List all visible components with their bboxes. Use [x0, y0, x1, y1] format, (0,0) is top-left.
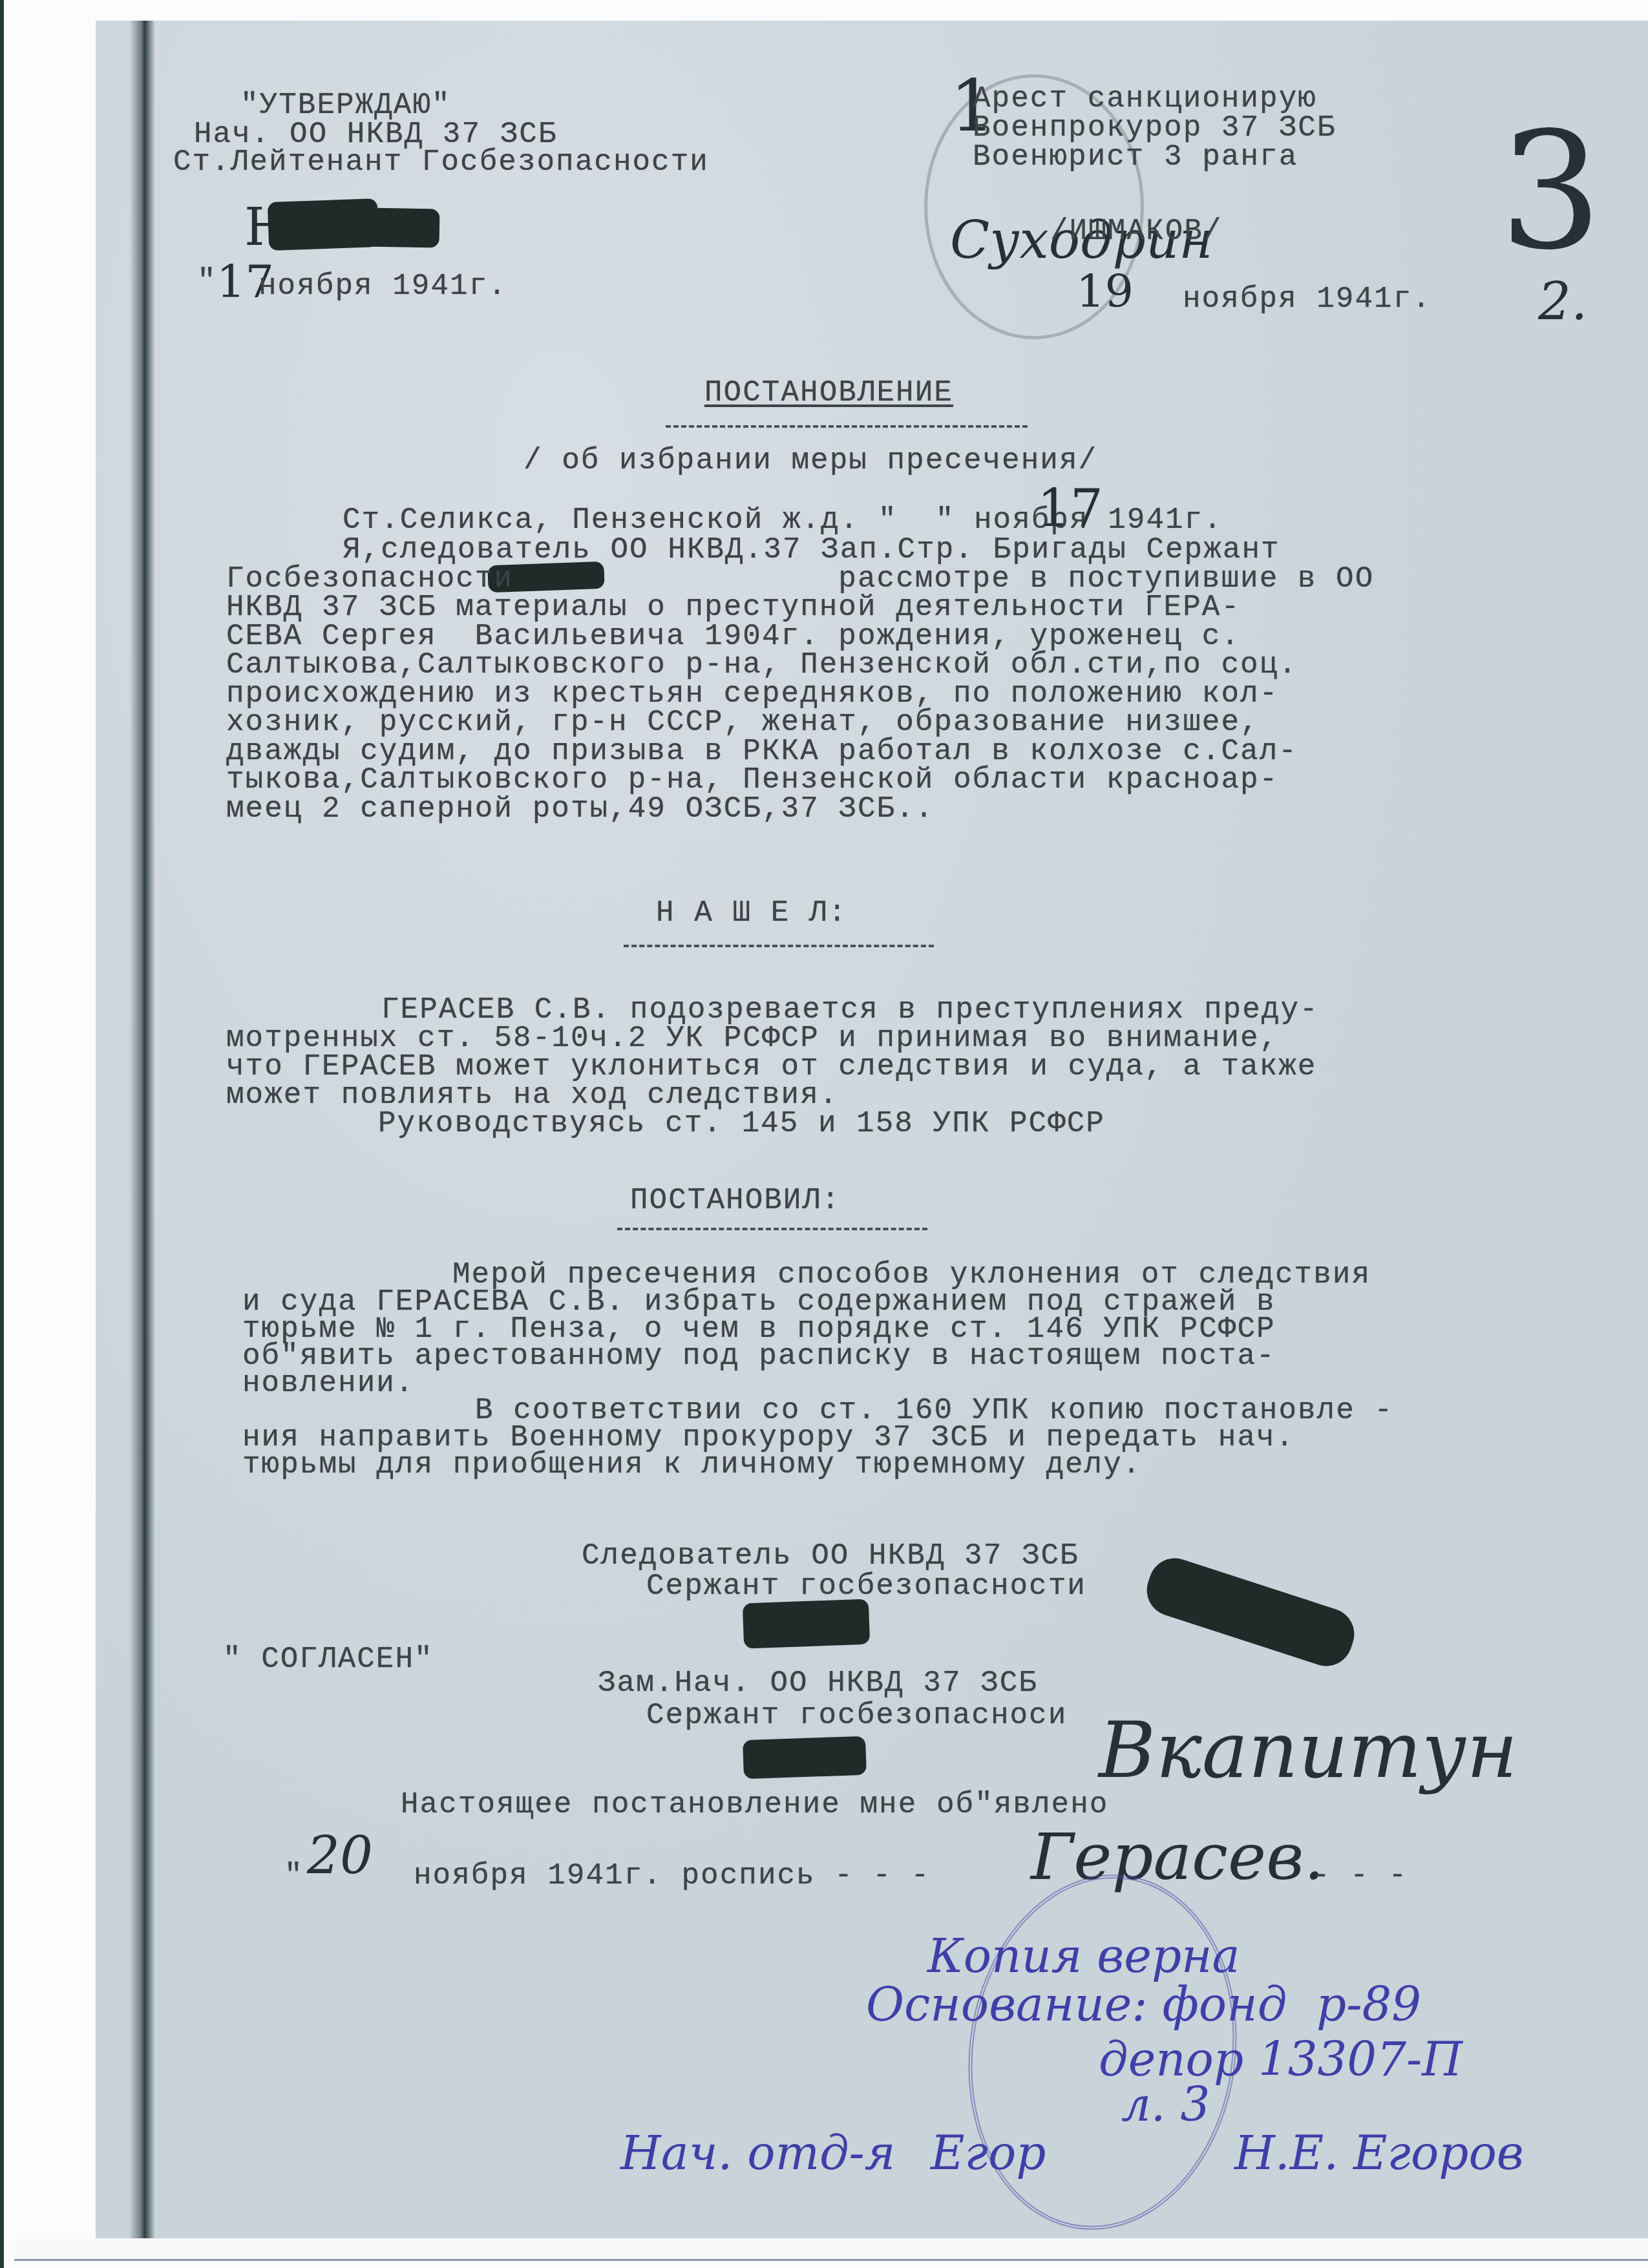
agreed-label: " СОГЛАСЕН": [223, 1644, 434, 1674]
redaction-mark: [743, 1736, 867, 1780]
cert-signature: Егор: [931, 2126, 1046, 2180]
text-line: Руководствуясь ст. 145 и 158 УПК РСФСР: [378, 1109, 1105, 1139]
text-line: Салтыкова,Салтыковского р-на, Пензенской…: [226, 650, 1298, 680]
ack-trailing-dashes: - - -: [1312, 1861, 1408, 1891]
resolved-heading: ПОСТАНОВИЛ:: [630, 1186, 841, 1215]
sanction-line1: Арест санкционирую: [973, 84, 1317, 114]
cert-line4: л. 3: [1121, 2077, 1210, 2132]
sanction-line3: Военюрист 3 ранга: [973, 142, 1298, 172]
cert-line1: Копия верна: [927, 1929, 1240, 1983]
text-line: тюрьмы для приобщения к личному тюремном…: [242, 1450, 1141, 1480]
approval-date-open-quote: ": [197, 266, 217, 297]
paper-fold: [129, 21, 155, 2238]
cert-signer-title: Нач. отд-я: [620, 2126, 896, 2180]
investigator-title: Следователь ОО НКВД 37 ЗСБ: [582, 1541, 1079, 1571]
text-line: тыкова,Салтыковского р-на, Пензенской об…: [226, 765, 1278, 795]
text-line: происхождению из крестьян середняков, по…: [226, 679, 1278, 709]
approval-label: "УТВЕРЖДАЮ": [240, 90, 451, 120]
approval-rank: Ст.Лейтенант Госбезопасности: [173, 147, 709, 177]
sanction-name: /ИШМАКОВ/: [1050, 216, 1222, 246]
ack-date-day: 20: [307, 1825, 373, 1885]
approval-date-rest: ноября 1941г.: [259, 271, 507, 301]
deputy-rank: Сержант госбезопасноси: [646, 1701, 1067, 1730]
text-line: дважды судим, до призыва в РККА работал …: [226, 737, 1298, 766]
text-line: СЕВА Сергея Васильевича 1904г. рождения,…: [226, 622, 1240, 651]
redaction-mark: [329, 207, 439, 248]
cert-line2: Основание: фонд р-89: [866, 1977, 1421, 2032]
text-line: мотренных ст. 58-10ч.2 УК РСФСР и приним…: [226, 1024, 1278, 1053]
sanction-line2: Военпрокурор 37 ЗСБ: [973, 113, 1336, 143]
sanction-mark-sig: 2.: [1538, 271, 1587, 331]
sanction-date-day: 19: [1076, 265, 1134, 318]
title-rule: [666, 425, 1028, 428]
cert-signer-name: Н.Е. Егоров: [1234, 2126, 1524, 2180]
text-line: Госбезопасности рассмотре в поступившие …: [226, 564, 1374, 594]
page-number-handwritten: 3: [1499, 97, 1602, 285]
deputy-title: Зам.Нач. ОО НКВД 37 ЗСБ: [598, 1668, 1038, 1698]
text-line: НКВД 37 ЗСБ материалы о преступной деяте…: [226, 593, 1240, 622]
found-rule: [624, 945, 934, 947]
ack-date-rest: ноября 1941г. роспись - - -: [414, 1861, 930, 1891]
ack-date-open-quote: ": [284, 1861, 304, 1891]
title-heading: ПОСТАНОВЛЕНИЕ: [704, 378, 953, 408]
text-line: меец 2 саперной роты,49 ОЗСБ,37 ЗСБ..: [226, 794, 934, 824]
resolved-rule: [617, 1228, 927, 1230]
text-line: ГЕРАСЕВ С.В. подозревается в преступлени…: [381, 995, 1319, 1025]
deputy-signature: Вкапитун: [1099, 1706, 1517, 1796]
acknowledgement-text: Настоящее постановление мне об"явлено: [401, 1790, 1108, 1820]
scan-bottom-margin: [14, 2238, 1648, 2261]
scan-edge: [0, 0, 4, 2268]
found-heading: Н А Ш Е Л:: [656, 898, 847, 928]
redaction-mark: [743, 1599, 870, 1649]
text-line: новлении.: [242, 1369, 414, 1398]
title-subheading: / об избрании меры пресечения/: [523, 446, 1097, 476]
text-line: что ГЕРАСЕВ может уклониться от следстви…: [226, 1052, 1316, 1082]
text-line: Я,следователь ОО НКВД.37 Зап.Стр. Бригад…: [343, 535, 1280, 565]
text-line: может повлиять на ход следствия.: [226, 1080, 838, 1110]
investigator-rank: Сержант госбезопасности: [646, 1571, 1086, 1601]
place-date-day: 17: [1037, 478, 1103, 538]
sanction-date-rest: ноября 1941г.: [1183, 284, 1431, 314]
text-line: хозник, русский, гр-н СССР, женат, образ…: [226, 708, 1260, 737]
